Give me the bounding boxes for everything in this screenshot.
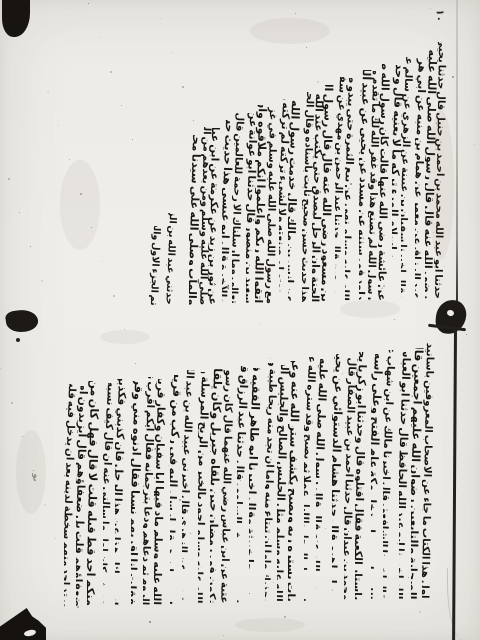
speck bbox=[204, 154, 205, 155]
speck bbox=[99, 37, 100, 38]
speck bbox=[364, 441, 365, 442]
speck bbox=[430, 8, 431, 9]
speck bbox=[292, 426, 293, 427]
speck bbox=[325, 528, 326, 529]
speck bbox=[394, 319, 395, 320]
page-bottom-text-line: الله اخبرنا ابو عبد الله الحافظ قال حدثن… bbox=[399, 352, 413, 600]
page-bottom-text-line: الله عليه وسلم دخل مكة عام الفتح وعلى را… bbox=[371, 354, 385, 600]
speck bbox=[281, 392, 283, 394]
page-top-text-line: تم الجزء الاول والحمد لله وحده وصلى الله… bbox=[149, 226, 163, 306]
smudge bbox=[428, 110, 454, 260]
speck bbox=[474, 144, 475, 145]
speck bbox=[419, 611, 421, 613]
speck bbox=[259, 324, 260, 325]
speck bbox=[405, 353, 406, 354]
speck bbox=[66, 572, 67, 573]
ink-dot bbox=[16, 338, 20, 342]
speck bbox=[215, 188, 217, 190]
speck bbox=[69, 159, 70, 160]
speck bbox=[110, 71, 112, 73]
speck bbox=[317, 81, 319, 83]
speck bbox=[58, 125, 59, 126]
speck bbox=[262, 548, 263, 549]
speck bbox=[444, 266, 445, 267]
smudge bbox=[235, 618, 305, 632]
speck bbox=[248, 290, 250, 292]
speck bbox=[273, 582, 274, 583]
scanner-corner-blob-top-left bbox=[2, 0, 30, 37]
smudge bbox=[60, 160, 100, 250]
page-bottom-text-line: يرتد احد منهم سخطة لدينه بعد ان يدخل فيه… bbox=[64, 384, 78, 607]
speck bbox=[88, 3, 89, 4]
page-bottom-text-line: بن ابراهيم قال حدثنا هشام الدستوائي عن ي… bbox=[332, 354, 346, 601]
folio-number-mark: ١٠ bbox=[433, 10, 447, 38]
speck bbox=[41, 280, 43, 282]
speck bbox=[328, 115, 329, 116]
speck bbox=[146, 397, 148, 399]
speck bbox=[182, 86, 184, 88]
speck bbox=[11, 402, 13, 404]
page-top-text-line: سعيد بن منصور قال حدثنا ابو عوانة عن ابي… bbox=[246, 113, 260, 304]
page-bottom-text-line: فقلت انا اقربهم نسبا فقال ادنوه مني وقرب… bbox=[131, 381, 145, 606]
speck bbox=[193, 120, 194, 121]
speck bbox=[44, 504, 46, 506]
page-bottom-text-line: الله عليه وسلم اجود بالخير من الريح المر… bbox=[198, 372, 212, 604]
speck bbox=[19, 212, 20, 213]
speck bbox=[455, 300, 457, 302]
speck bbox=[55, 538, 56, 539]
page-bottom-text-line: يحذيك واما ان تبتاع منه واما ان تجد منه … bbox=[265, 363, 279, 602]
speck bbox=[375, 475, 376, 476]
smudge bbox=[16, 430, 46, 514]
smudge bbox=[250, 18, 330, 44]
speck bbox=[314, 494, 316, 496]
speck bbox=[416, 387, 418, 389]
speck bbox=[452, 76, 454, 78]
smudge bbox=[100, 330, 150, 344]
speck bbox=[149, 621, 151, 623]
scanner-corner-blob-bottom-left bbox=[0, 608, 46, 640]
speck bbox=[223, 635, 224, 636]
page-bottom-text-line: عنه ثم كان اول ما سالني عنه ان قال كيف ن… bbox=[103, 383, 117, 606]
gutter-rule-line bbox=[12, 317, 458, 325]
speck bbox=[212, 601, 214, 603]
speck bbox=[466, 334, 467, 335]
speck bbox=[102, 261, 103, 262]
speck bbox=[306, 47, 307, 48]
speck bbox=[8, 178, 10, 180]
speck bbox=[350, 183, 352, 185]
speck bbox=[303, 460, 304, 461]
speck bbox=[386, 509, 388, 511]
speck bbox=[353, 407, 355, 409]
speck bbox=[441, 42, 442, 43]
smudge bbox=[340, 300, 400, 318]
speck bbox=[132, 139, 133, 140]
speck bbox=[201, 567, 202, 568]
page-border-line-upper bbox=[456, 0, 458, 322]
speck bbox=[397, 543, 398, 544]
speck bbox=[77, 606, 79, 608]
speck bbox=[240, 480, 241, 481]
speck bbox=[135, 363, 136, 364]
page-bottom-text-line: ان يعمل الرجل بالليل عملا ثم يصبح وقد ست… bbox=[304, 357, 318, 602]
page-top-text-line: من حسن اسلام المرء تركه ما لا يعنيه قال … bbox=[392, 65, 406, 301]
gutter-ink-blob-left bbox=[5, 308, 40, 334]
speck bbox=[226, 222, 227, 223]
speck bbox=[113, 295, 115, 297]
speck bbox=[30, 246, 31, 247]
speck bbox=[157, 431, 158, 432]
page-top-text-line: والآخرة قال ابو عيسى هذا حديث حسن غريب م… bbox=[222, 120, 236, 305]
speck bbox=[463, 110, 464, 111]
page-top-text-line: والمآب وصلى الله على سيدنا محمد وعلى آله… bbox=[189, 135, 203, 306]
page-curl-line bbox=[447, 568, 474, 640]
speck bbox=[339, 149, 340, 150]
speck bbox=[270, 358, 271, 359]
manuscript-scan: ١٠ ىو حدثنا ابو عبد الله محمد بن احمد بن… bbox=[0, 0, 480, 640]
page-top-text-line: حدثني عبد الله بن الزبير الحميدي قال حدث… bbox=[165, 213, 179, 305]
speck bbox=[121, 105, 122, 106]
speck bbox=[383, 285, 385, 287]
speck bbox=[179, 499, 181, 501]
speck bbox=[361, 217, 362, 218]
speck bbox=[295, 13, 296, 14]
speck bbox=[168, 465, 169, 466]
speck bbox=[190, 533, 191, 534]
page-bottom-text-line: احمد بن يوسف السلمي قال حدثنا عبد الرزاق… bbox=[237, 366, 251, 604]
speck bbox=[342, 373, 343, 374]
speck bbox=[251, 514, 253, 516]
page-top-text-line: بن معين قال حدثنا عبد الرحمن بن مهدي عن … bbox=[335, 77, 349, 302]
page-bottom-text-line: اخبره ان هرقل ارسل اليه في ركب من قريش و… bbox=[170, 375, 184, 605]
speck bbox=[160, 18, 161, 19]
speck bbox=[372, 251, 373, 252]
speck bbox=[171, 52, 172, 53]
speck bbox=[0, 368, 1, 369]
page-top-text-line: هذا حديث حسن صحيح ثابت باسناده وقال الحا… bbox=[302, 92, 316, 303]
speck bbox=[47, 91, 49, 93]
speck bbox=[408, 577, 409, 578]
page-top-text-line: صنعته لم صنعته ولا لشيء تركته لم تركته و… bbox=[279, 99, 293, 304]
speck bbox=[237, 256, 238, 257]
page-top-text-line: داود في سننه عن مسدد عن يحيى عن عبيد الل… bbox=[359, 70, 373, 301]
